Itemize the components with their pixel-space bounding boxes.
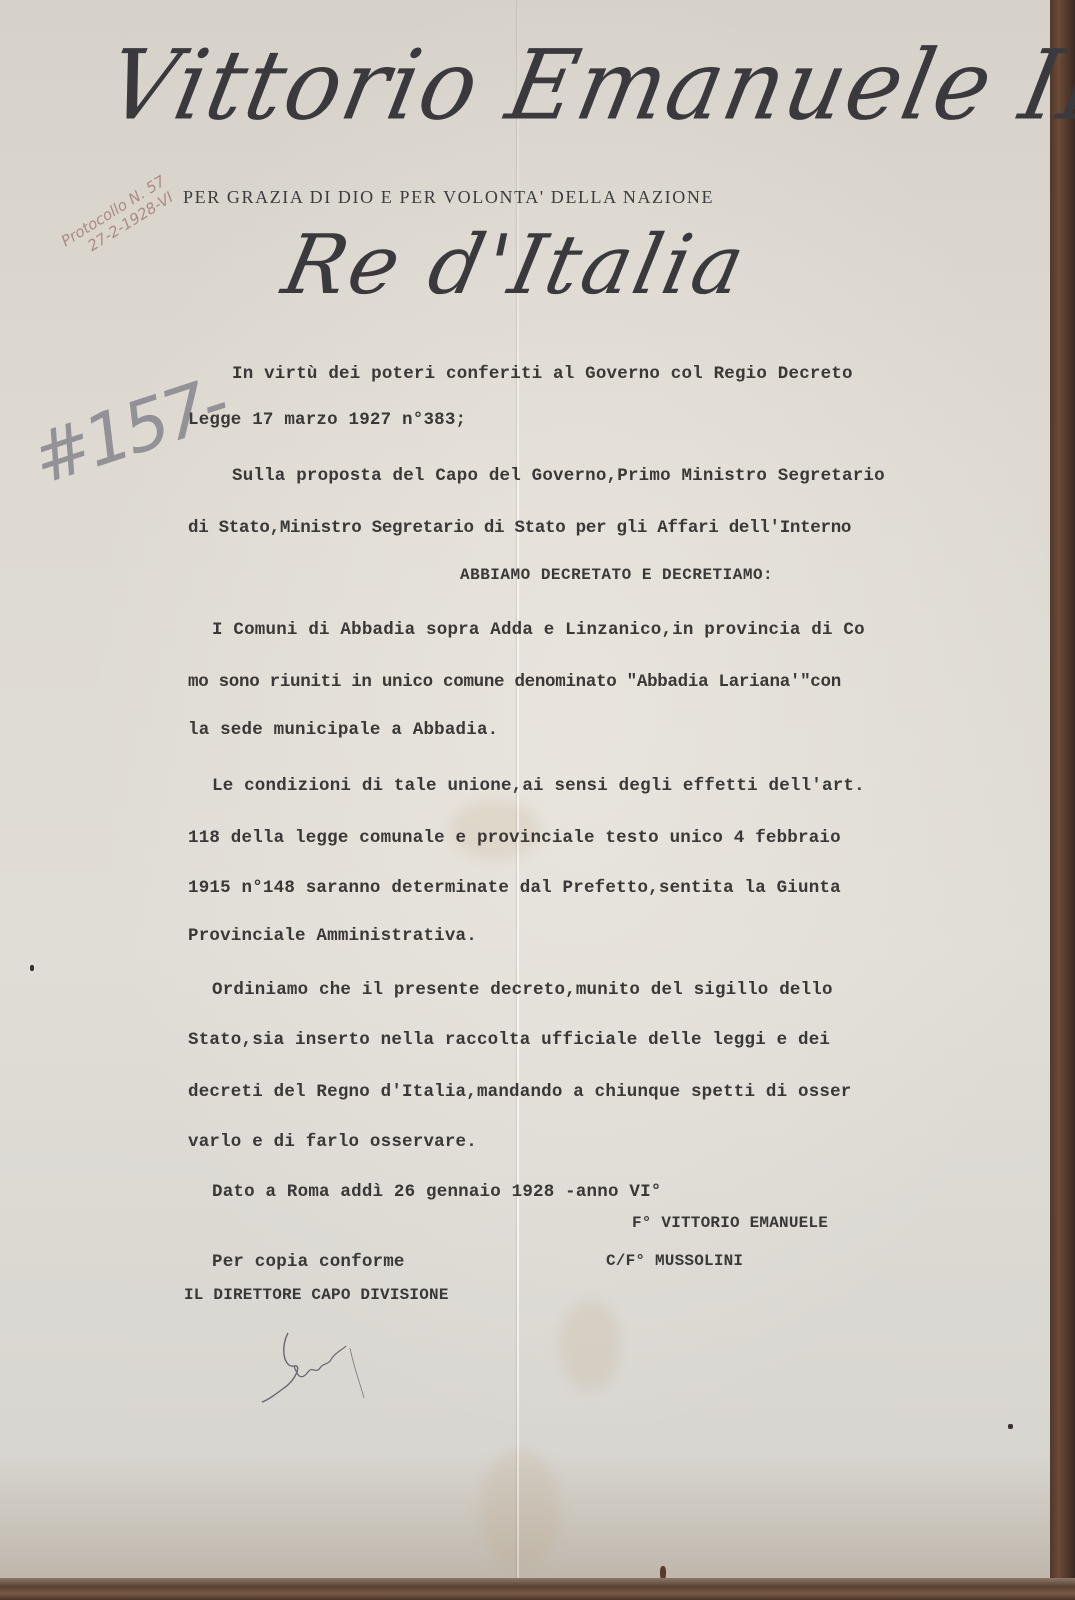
body-line: varlo e di farlo osservare.: [188, 1132, 477, 1152]
body-line: di Stato,Ministro Segretario di Stato pe…: [188, 518, 851, 538]
body-line: Legge 17 marzo 1927 n°383;: [188, 410, 466, 430]
body-line: 1915 n°148 saranno determinate dal Prefe…: [188, 878, 841, 898]
body-line: Sulla proposta del Capo del Governo,Prim…: [232, 466, 885, 486]
handwritten-margin-number: #157-: [22, 361, 235, 500]
body-line: Stato,sia inserto nella raccolta ufficia…: [188, 1030, 830, 1050]
royal-formula: PER GRAZIA DI DIO E PER VOLONTA' DELLA N…: [183, 187, 714, 208]
paper-spot: [1008, 1424, 1013, 1429]
official-title: IL DIRETTORE CAPO DIVISIONE: [184, 1286, 449, 1304]
decree-body: In virtù dei poteri conferiti al Governo…: [0, 0, 43, 480]
copy-conform-note: Per copia conforme: [212, 1252, 405, 1272]
date-line: Dato a Roma addì 26 gennaio 1928 -anno V…: [212, 1182, 661, 1202]
body-line: Le condizioni di tale unione,ai sensi de…: [212, 776, 865, 796]
royal-title: Re d'Italia: [276, 225, 753, 307]
body-line: la sede municipale a Abbadia.: [188, 720, 498, 740]
document-paper: Vittorio Emanuele III PER GRAZIA DI DIO …: [0, 0, 1050, 1578]
body-line: decreti del Regno d'Italia,mandando a ch…: [188, 1082, 852, 1102]
king-signature-line: F° VITTORIO EMANUELE: [632, 1214, 828, 1232]
body-line: Ordiniamo che il presente decreto,munito…: [212, 980, 833, 1000]
protocol-annotation: Protocollo N. 57 27-2-1928-VI: [58, 172, 178, 266]
body-line: 118 della legge comunale e provinciale t…: [188, 828, 841, 848]
frame-bottom-edge: [0, 1578, 1075, 1600]
paper-spot: [30, 965, 34, 971]
body-line: Provinciale Amministrativa.: [188, 926, 477, 946]
countersignature-line: C/F° MUSSOLINI: [606, 1252, 743, 1270]
body-line: I Comuni di Abbadia sopra Adda e Linzani…: [212, 620, 865, 640]
decree-formula: ABBIAMO DECRETATO E DECRETIAMO:: [460, 566, 773, 584]
handwritten-signature: [258, 1328, 368, 1403]
body-line: mo sono riuniti in unico comune denomina…: [188, 672, 841, 692]
king-name-heading: Vittorio Emanuele III: [100, 38, 980, 135]
body-line: In virtù dei poteri conferiti al Governo…: [232, 364, 853, 384]
